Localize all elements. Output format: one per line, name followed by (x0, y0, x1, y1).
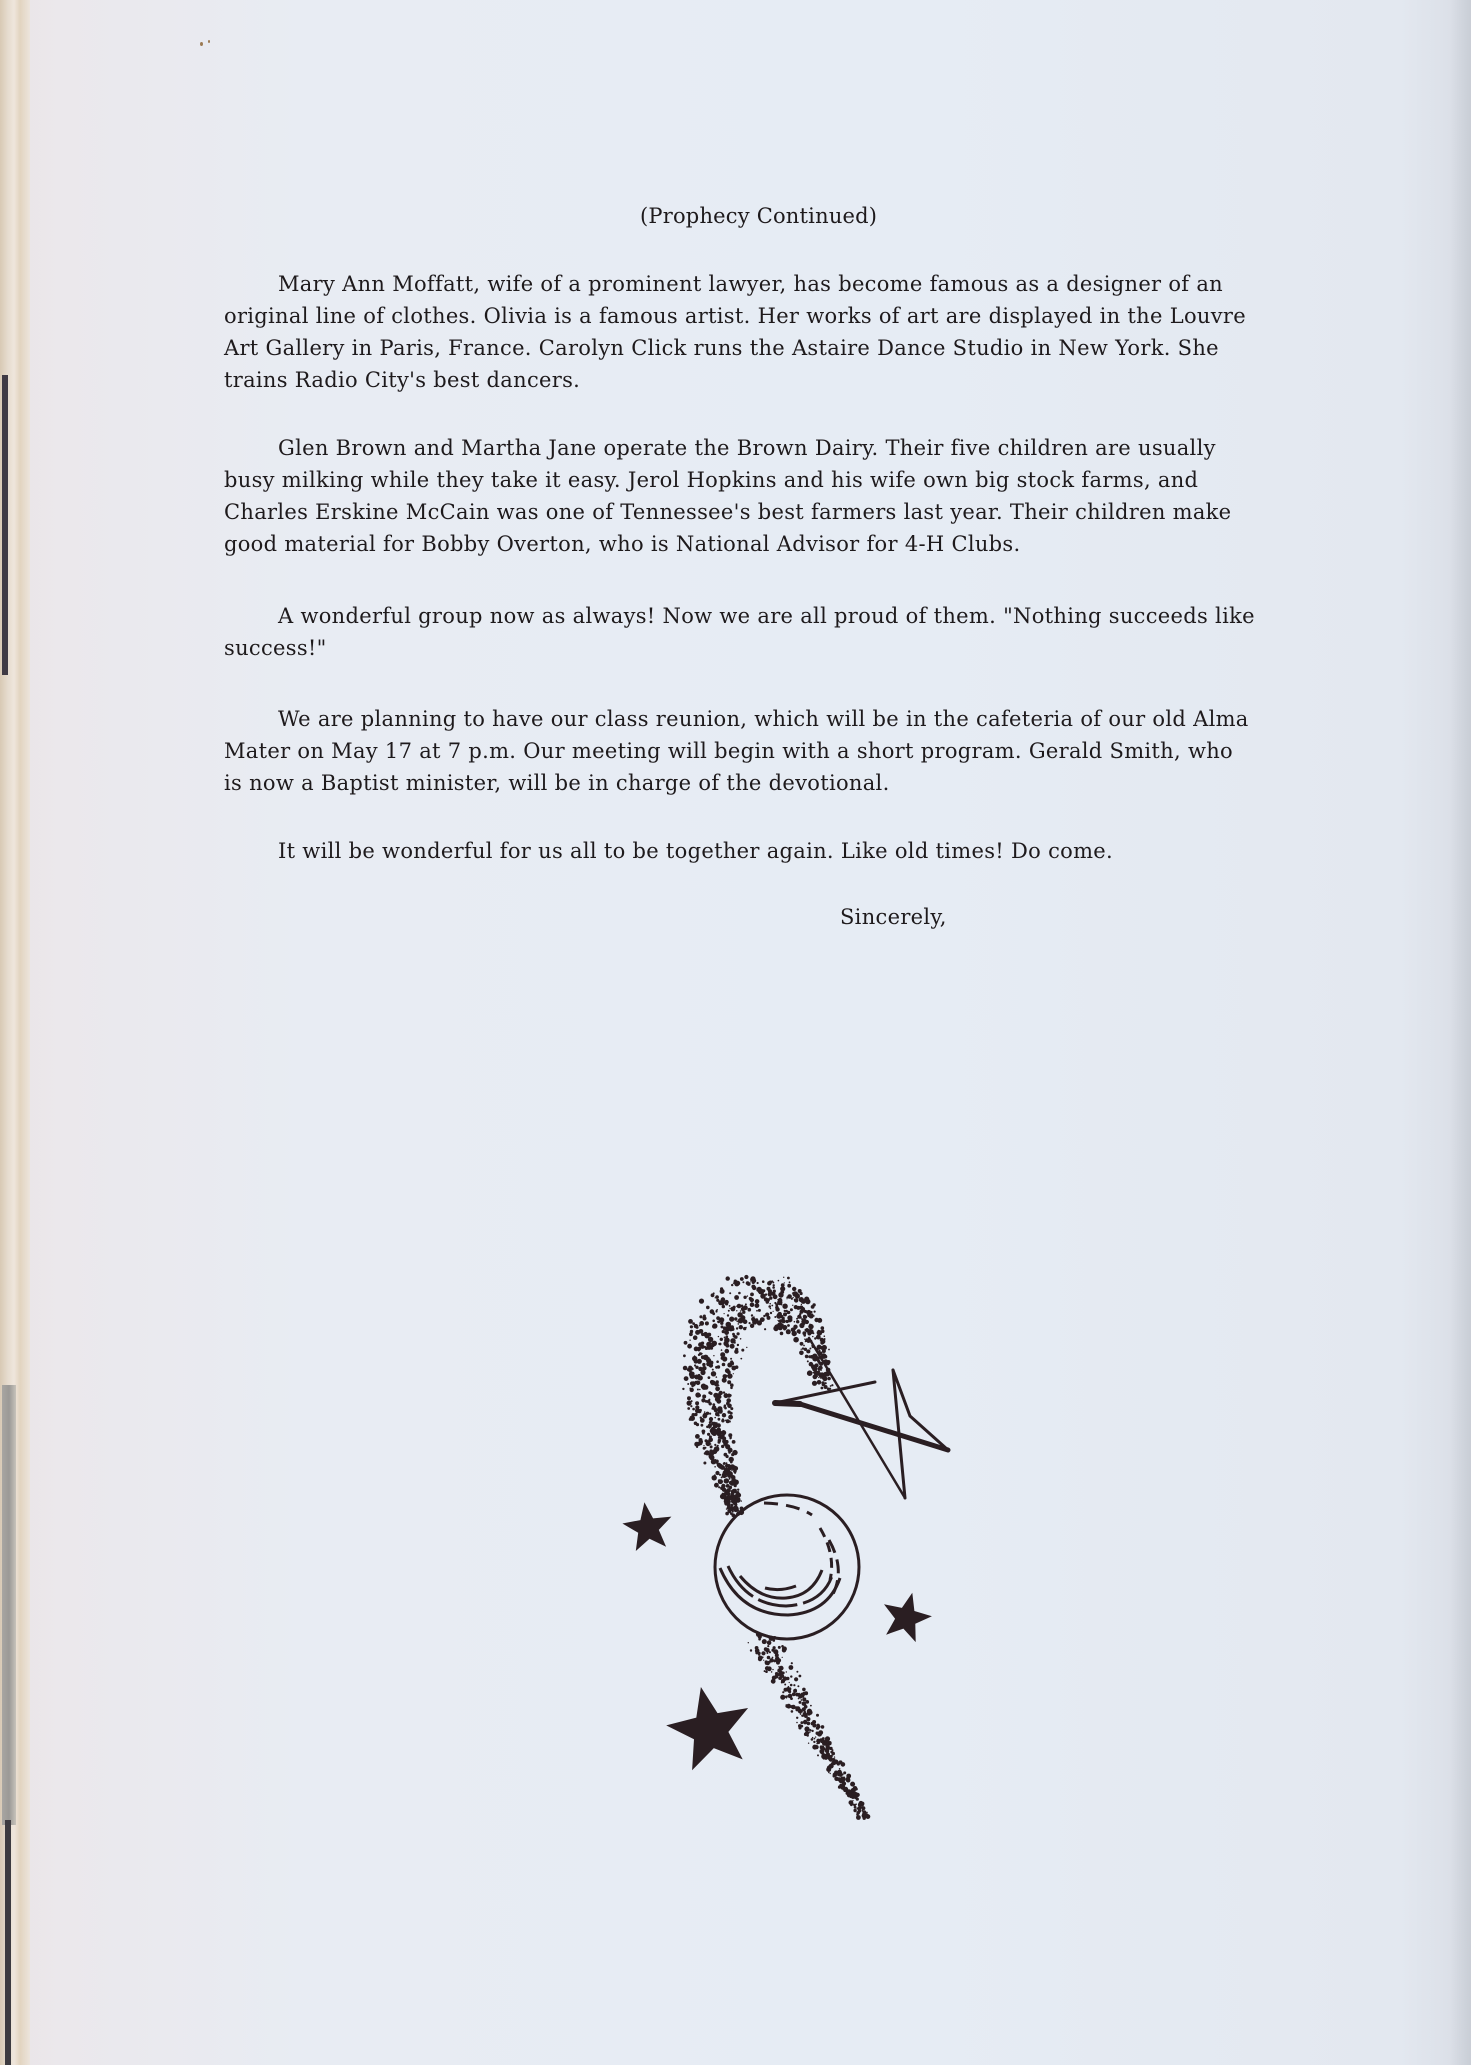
paragraph-fashion-art-dance: Mary Ann Moffatt, wife of a prominent la… (224, 268, 1349, 396)
letter-closing: Sincerely, (840, 905, 947, 929)
crystal-ball-icon (715, 1495, 859, 1639)
page-binding-edge (0, 0, 30, 2065)
paper-speck (200, 42, 203, 46)
paper-speck (208, 40, 210, 43)
comet-illustration (600, 1270, 1000, 1870)
paragraph-invitation: It will be wonderful for us all to be to… (224, 835, 1349, 867)
comet-tail-icon (748, 1632, 871, 1820)
paragraph-proud: A wonderful group now as always! Now we … (224, 600, 1349, 664)
star-icon (666, 1687, 748, 1770)
outline-star-icon (775, 1338, 948, 1498)
yearbook-page: (Prophecy Continued) Mary Ann Moffatt, w… (0, 0, 1471, 2065)
star-icon (622, 1502, 671, 1551)
paragraph-reunion: We are planning to have our class reunio… (224, 703, 1349, 799)
star-icon (884, 1593, 932, 1642)
page-right-shadow (1449, 0, 1471, 2065)
page-heading: (Prophecy Continued) (640, 204, 877, 228)
paragraph-farming: Glen Brown and Martha Jane operate the B… (224, 432, 1349, 560)
